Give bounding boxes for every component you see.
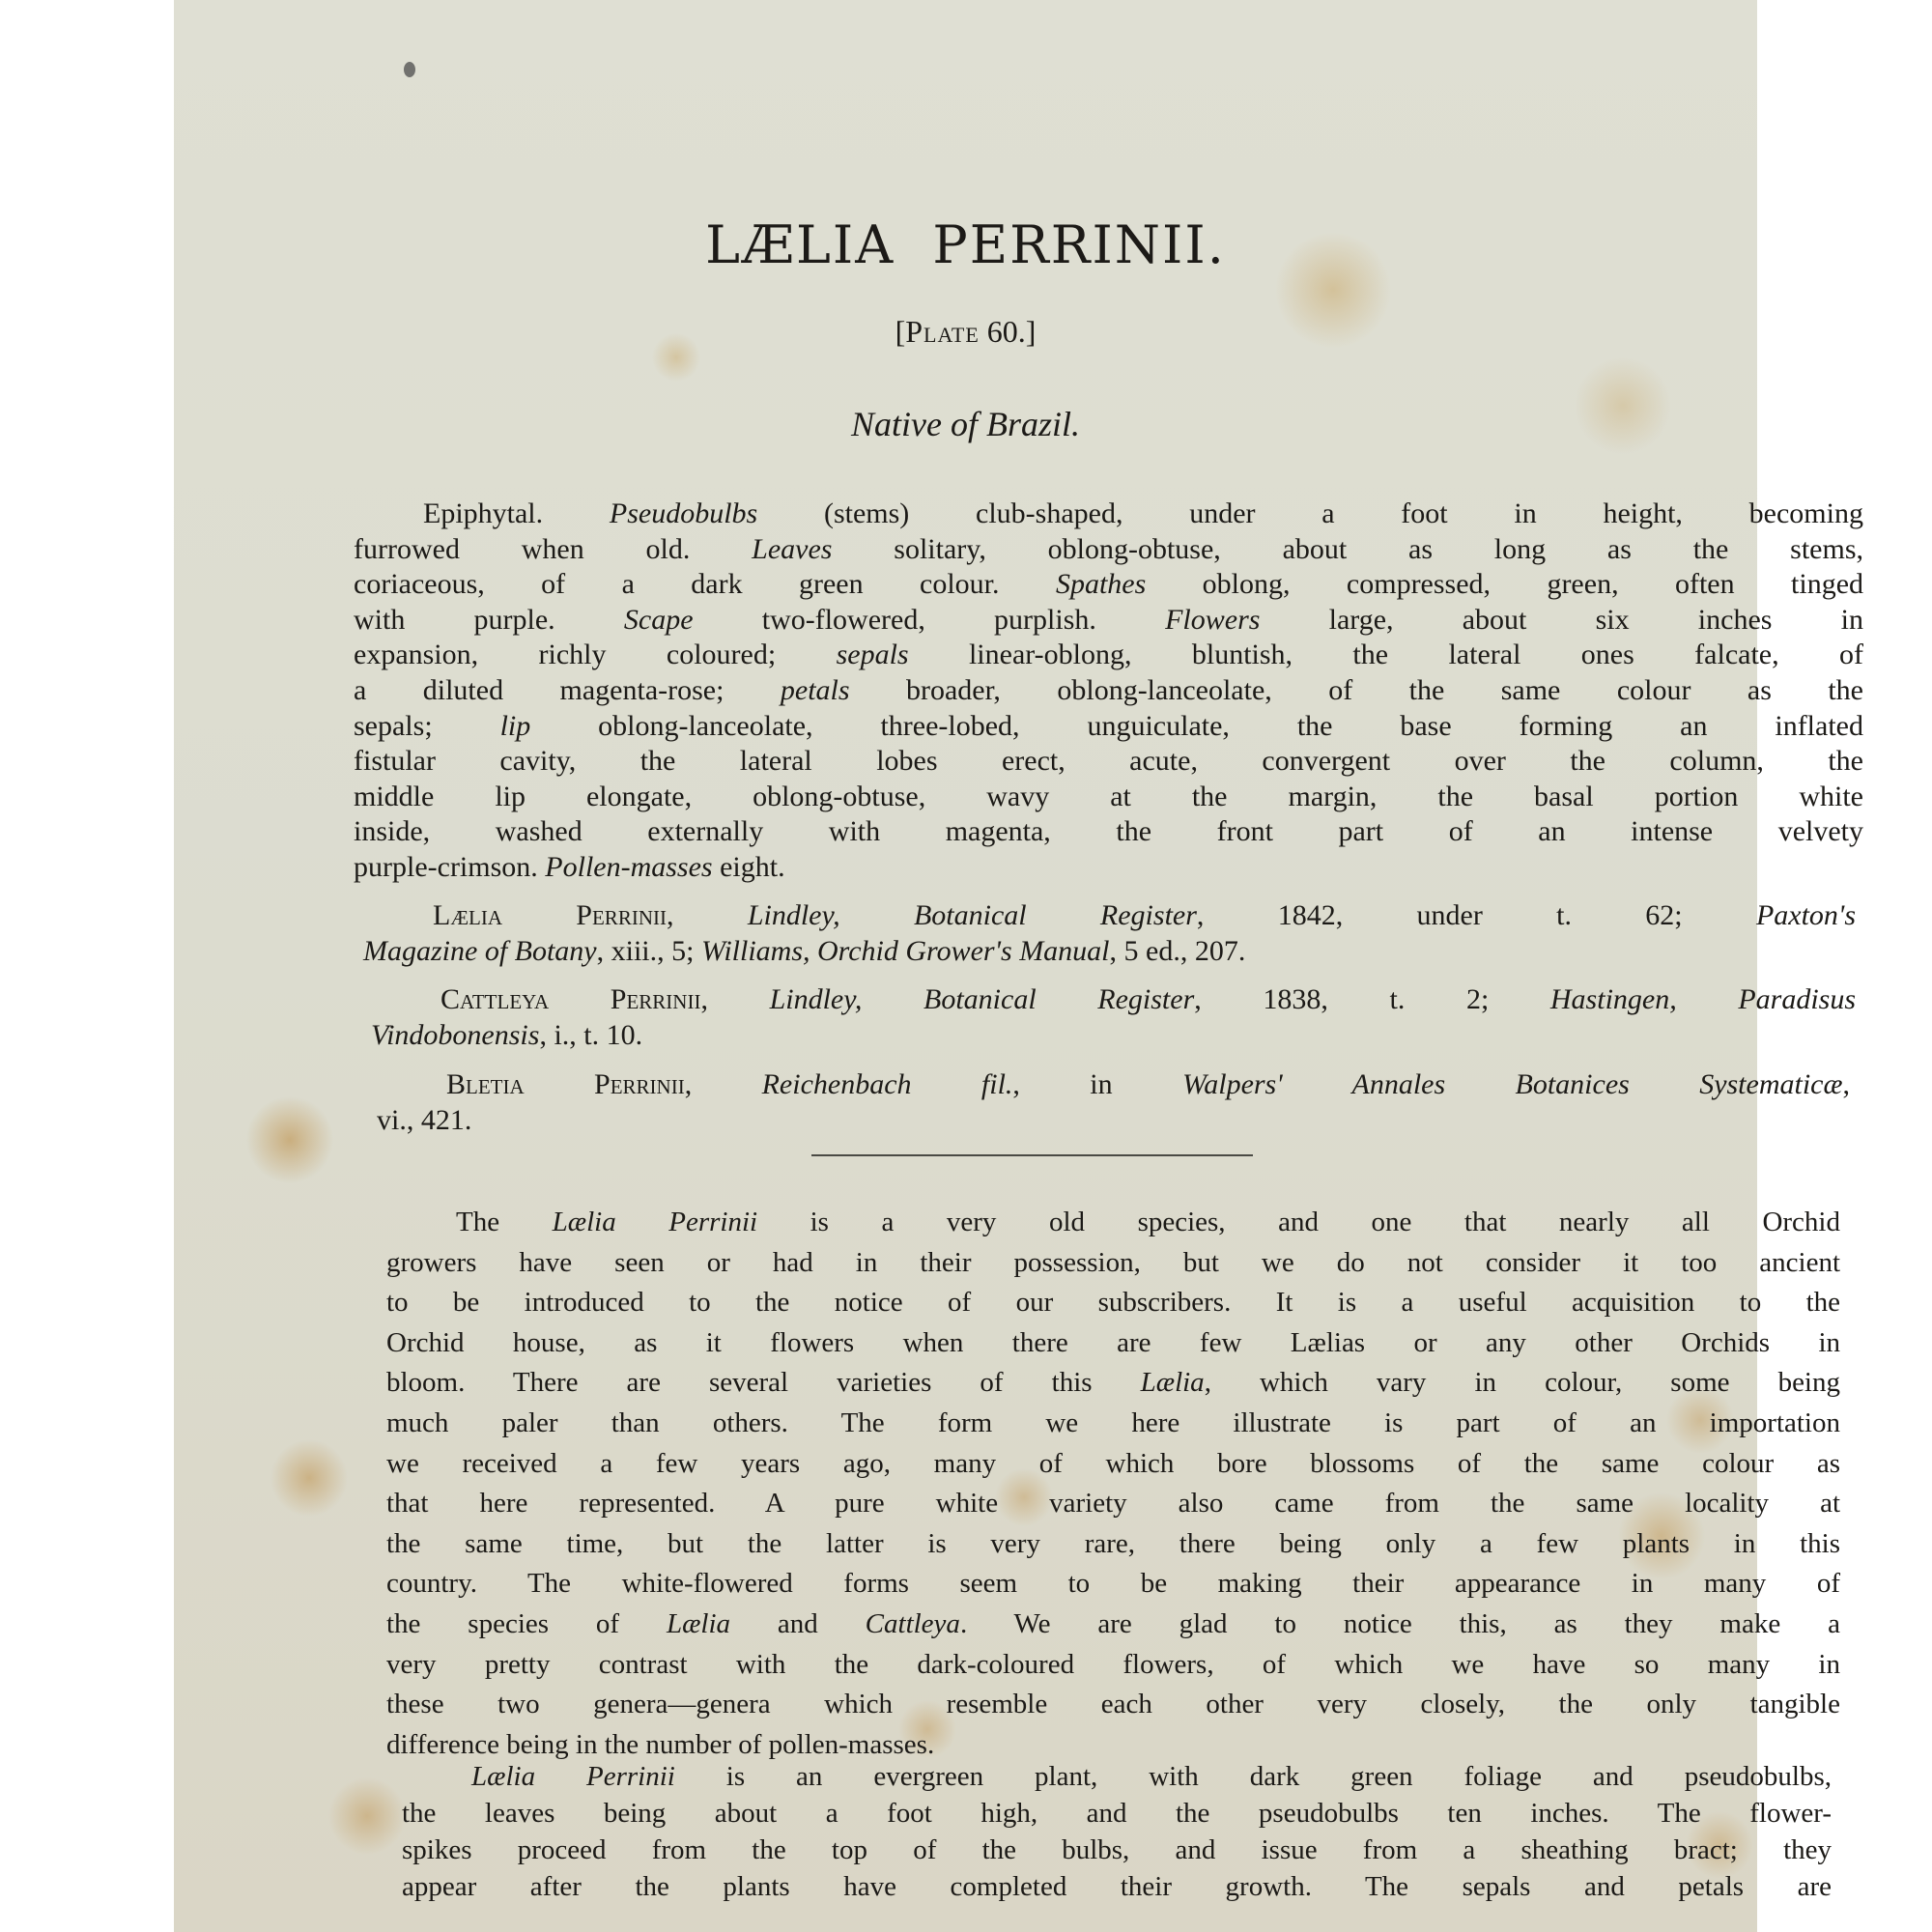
section-divider bbox=[811, 1154, 1253, 1156]
text-run: , bbox=[1843, 1068, 1851, 1100]
text-run: , bbox=[667, 899, 748, 931]
italic-run: Lælia bbox=[667, 1608, 730, 1639]
plate-close-bracket: ] bbox=[1026, 314, 1037, 349]
plate-label: Plate bbox=[905, 314, 980, 349]
body-paragraph-1: The Lælia Perrinii is a very old species… bbox=[386, 1203, 1840, 1765]
text-run: vi., 421. bbox=[377, 1104, 471, 1136]
italic-run: Cattleya bbox=[866, 1608, 960, 1639]
text-run: , i., t. 10. bbox=[539, 1019, 642, 1051]
text-run: the same time, but the latter is very ra… bbox=[386, 1528, 1840, 1559]
text-line: bloom. There are several varieties of th… bbox=[386, 1363, 1840, 1404]
text-run: furrowed when old. bbox=[354, 533, 752, 565]
text-run: that here represented. A pure white vari… bbox=[386, 1488, 1840, 1519]
italic-run: Magazine of Botany bbox=[363, 935, 597, 967]
text-run: (stems) club-shaped, under a foot in hei… bbox=[757, 497, 1863, 529]
text-run: bloom. There are several varieties of th… bbox=[386, 1367, 1141, 1398]
small-caps-run: Bletia Perrinii bbox=[446, 1068, 685, 1100]
text-run: is an evergreen plant, with dark green f… bbox=[675, 1761, 1832, 1792]
text-run: growers have seen or had in their posses… bbox=[386, 1247, 1840, 1278]
text-line: growers have seen or had in their posses… bbox=[386, 1243, 1840, 1284]
text-line: sepals; lip oblong-lanceolate, three-lob… bbox=[354, 709, 1863, 745]
page-title: LÆLIA PERRINII. bbox=[174, 214, 1757, 275]
plate-number: 60. bbox=[987, 314, 1026, 349]
italic-run: Pollen-masses bbox=[545, 851, 712, 883]
text-run: sepals; bbox=[354, 710, 500, 742]
botanical-description: Epiphytal. Pseudobulbs (stems) club-shap… bbox=[354, 497, 1863, 886]
text-run: much paler than others. The form we here… bbox=[386, 1407, 1840, 1438]
text-run: is a very old species, and one that near… bbox=[757, 1207, 1840, 1237]
text-line: a diluted magenta-rose; petals broader, … bbox=[354, 673, 1863, 709]
text-run: Epiphytal. bbox=[423, 497, 610, 529]
plate-reference: [Plate 60.] bbox=[174, 314, 1757, 350]
text-run: large, about six inches in bbox=[1260, 604, 1863, 636]
italic-run: Walpers' Annales Botanices Systematicæ bbox=[1182, 1068, 1843, 1100]
italic-run: Lindley, Botanical Register bbox=[748, 899, 1197, 931]
text-run: inside, washed externally with magenta, … bbox=[354, 815, 1863, 847]
synonym-cattleya-perrinii: Cattleya Perrinii, Lindley, Botanical Re… bbox=[371, 982, 1856, 1053]
text-run: difference being in the number of pollen… bbox=[386, 1729, 934, 1760]
italic-run: Pseudobulbs bbox=[610, 497, 757, 529]
italic-run: Lælia bbox=[1141, 1367, 1205, 1398]
text-line: Cattleya Perrinii, Lindley, Botanical Re… bbox=[371, 982, 1856, 1018]
text-run: Orchid house, as it flowers when there a… bbox=[386, 1327, 1840, 1358]
italic-run: Scape bbox=[624, 604, 694, 636]
text-line: much paler than others. The form we here… bbox=[386, 1404, 1840, 1444]
italic-run: Flowers bbox=[1165, 604, 1260, 636]
text-line: very pretty contrast with the dark-colou… bbox=[386, 1645, 1840, 1686]
synonym-laelia-perrinii: Lælia Perrinii, Lindley, Botanical Regis… bbox=[363, 898, 1856, 969]
native-of-subtitle: Native of Brazil. bbox=[174, 404, 1757, 444]
italic-run: Reichenbach fil. bbox=[762, 1068, 1013, 1100]
text-line: we received a few years ago, many of whi… bbox=[386, 1444, 1840, 1485]
text-line: the leaves being about a foot high, and … bbox=[402, 1795, 1832, 1832]
text-run: with purple. bbox=[354, 604, 624, 636]
text-line: Orchid house, as it flowers when there a… bbox=[386, 1323, 1840, 1364]
text-run: oblong, compressed, green, often tinged bbox=[1146, 568, 1863, 600]
text-line: Magazine of Botany, xiii., 5; Williams, … bbox=[363, 934, 1856, 970]
plate-open-bracket: [ bbox=[895, 314, 906, 349]
italic-run: Lindley, Botanical Register bbox=[770, 983, 1195, 1015]
text-line: Lælia Perrinii is an evergreen plant, wi… bbox=[402, 1758, 1832, 1795]
text-run: spikes proceed from the top of the bulbs… bbox=[402, 1834, 1832, 1865]
synonym-bletia-perrinii: Bletia Perrinii, Reichenbach fil., in Wa… bbox=[377, 1067, 1850, 1138]
text-run: , bbox=[700, 983, 769, 1015]
text-run: the leaves being about a foot high, and … bbox=[402, 1798, 1832, 1829]
book-page: LÆLIA PERRINII. [Plate 60.] Native of Br… bbox=[174, 0, 1757, 1932]
text-run: middle lip elongate, oblong-obtuse, wavy… bbox=[354, 781, 1863, 812]
text-line: Bletia Perrinii, Reichenbach fil., in Wa… bbox=[377, 1067, 1850, 1103]
text-run: very pretty contrast with the dark-colou… bbox=[386, 1649, 1840, 1680]
text-line: appear after the plants have completed t… bbox=[402, 1868, 1832, 1905]
text-run: expansion, richly coloured; bbox=[354, 639, 837, 670]
italic-run: petals bbox=[781, 674, 850, 706]
text-line: The Lælia Perrinii is a very old species… bbox=[386, 1203, 1840, 1243]
italic-run: sepals bbox=[837, 639, 909, 670]
italic-run: Williams, Orchid Grower's Manual bbox=[701, 935, 1110, 967]
text-line: furrowed when old. Leaves solitary, oblo… bbox=[354, 532, 1863, 568]
text-run: a diluted magenta-rose; bbox=[354, 674, 781, 706]
text-run: oblong-lanceolate, three-lobed, unguicul… bbox=[530, 710, 1863, 742]
text-run: solitary, oblong-obtuse, about as long a… bbox=[832, 533, 1863, 565]
text-run: these two genera—genera which resemble e… bbox=[386, 1689, 1840, 1719]
ink-speck bbox=[404, 62, 415, 77]
text-run: linear-oblong, bluntish, the lateral one… bbox=[909, 639, 1863, 670]
text-line: vi., 421. bbox=[377, 1103, 1850, 1139]
italic-run: Paxton's bbox=[1756, 899, 1856, 931]
text-line: purple-crimson. Pollen-masses eight. bbox=[354, 850, 1863, 886]
text-run: purple-crimson. bbox=[354, 851, 545, 883]
text-run: , 5 ed., 207. bbox=[1110, 935, 1246, 967]
italic-run: Spathes bbox=[1056, 568, 1146, 600]
italic-run: Hastingen, Paradisus bbox=[1550, 983, 1856, 1015]
body-paragraph-2: Lælia Perrinii is an evergreen plant, wi… bbox=[402, 1758, 1832, 1905]
text-run: . We are glad to notice this, as they ma… bbox=[960, 1608, 1840, 1639]
text-line: spikes proceed from the top of the bulbs… bbox=[402, 1832, 1832, 1868]
text-line: country. The white-flowered forms seem t… bbox=[386, 1564, 1840, 1605]
text-run: the species of bbox=[386, 1608, 667, 1639]
text-line: the species of Lælia and Cattleya. We ar… bbox=[386, 1605, 1840, 1645]
text-line: middle lip elongate, oblong-obtuse, wavy… bbox=[354, 780, 1863, 815]
text-run: two-flowered, purplish. bbox=[694, 604, 1166, 636]
text-line: fistular cavity, the lateral lobes erect… bbox=[354, 744, 1863, 780]
text-run: fistular cavity, the lateral lobes erect… bbox=[354, 745, 1863, 777]
text-line: with purple. Scape two-flowered, purplis… bbox=[354, 603, 1863, 639]
text-line: expansion, richly coloured; sepals linea… bbox=[354, 638, 1863, 673]
text-line: Vindobonensis, i., t. 10. bbox=[371, 1018, 1856, 1054]
text-run: , in bbox=[1012, 1068, 1182, 1100]
italic-run: Lælia Perrinii bbox=[471, 1761, 675, 1792]
text-run: appear after the plants have completed t… bbox=[402, 1871, 1832, 1902]
text-run: , which vary in colour, some being bbox=[1205, 1367, 1840, 1398]
text-run: The bbox=[456, 1207, 553, 1237]
text-run: , xiii., 5; bbox=[597, 935, 701, 967]
italic-run: Vindobonensis bbox=[371, 1019, 539, 1051]
text-run: , 1838, t. 2; bbox=[1194, 983, 1550, 1015]
text-line: inside, washed externally with magenta, … bbox=[354, 814, 1863, 850]
text-run: to be introduced to the notice of our su… bbox=[386, 1287, 1840, 1318]
italic-run: lip bbox=[500, 710, 531, 742]
text-line: Lælia Perrinii, Lindley, Botanical Regis… bbox=[363, 898, 1856, 934]
italic-run: Lælia Perrinii bbox=[553, 1207, 757, 1237]
text-run: , 1842, under t. 62; bbox=[1197, 899, 1756, 931]
text-run: and bbox=[730, 1608, 866, 1639]
text-line: that here represented. A pure white vari… bbox=[386, 1484, 1840, 1524]
text-run: coriaceous, of a dark green colour. bbox=[354, 568, 1056, 600]
text-run: , bbox=[685, 1068, 762, 1100]
small-caps-run: Lælia Perrinii bbox=[433, 899, 667, 931]
text-line: to be introduced to the notice of our su… bbox=[386, 1283, 1840, 1323]
text-run: we received a few years ago, many of whi… bbox=[386, 1448, 1840, 1479]
text-line: Epiphytal. Pseudobulbs (stems) club-shap… bbox=[354, 497, 1863, 532]
italic-run: Leaves bbox=[752, 533, 832, 565]
text-line: coriaceous, of a dark green colour. Spat… bbox=[354, 567, 1863, 603]
text-line: the same time, but the latter is very ra… bbox=[386, 1524, 1840, 1565]
text-run: country. The white-flowered forms seem t… bbox=[386, 1568, 1840, 1599]
text-line: these two genera—genera which resemble e… bbox=[386, 1685, 1840, 1725]
text-run: eight. bbox=[713, 851, 785, 883]
small-caps-run: Cattleya Perrinii bbox=[440, 983, 700, 1015]
text-run: broader, oblong-lanceolate, of the same … bbox=[850, 674, 1863, 706]
